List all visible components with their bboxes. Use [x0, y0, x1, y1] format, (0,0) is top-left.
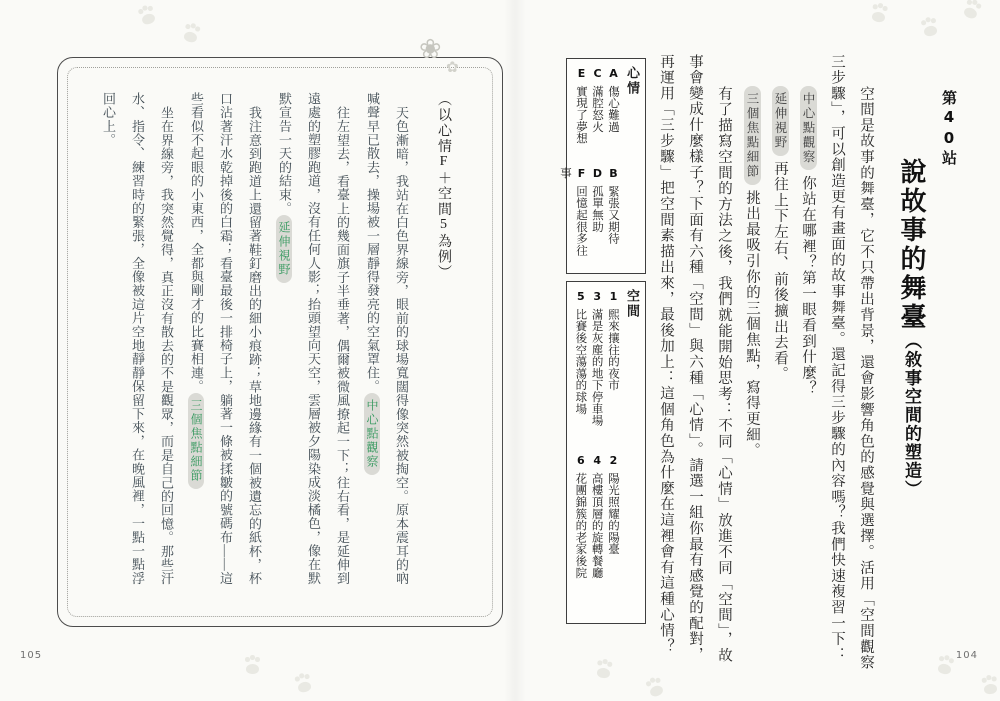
item-text: 實現了夢想	[575, 85, 587, 144]
space-box-grid: 1熙來攘往的夜市 2陽光照耀的陽臺 3滿是灰塵的地下停車場 4高樓頂層的旋轉餐廳…	[572, 290, 621, 617]
example-header: （以心情F＋空間5為例）	[432, 92, 454, 588]
item-key: 4	[591, 454, 604, 467]
item-text: 孤單無助	[591, 185, 603, 232]
page-title: 說故事的舞臺（敘事空間的塑造）	[894, 54, 928, 672]
observation-step: 三個焦點細節挑出最吸引你的三個焦點，寫得更細。	[738, 54, 766, 672]
page-title-sub: （敘事空間的塑造）	[901, 332, 921, 499]
flower-icon: ✿	[446, 60, 459, 75]
page-number-right: 104	[956, 650, 978, 661]
item-key: D	[591, 167, 604, 180]
observation-step: 中心點觀察你站在哪裡？第一眼看到什麼？	[794, 54, 822, 672]
paw-print-icon	[649, 684, 665, 698]
chapter-heading: 第40站 說故事的舞臺（敘事空間的塑造）	[894, 54, 960, 672]
item-key: B	[607, 167, 620, 180]
list-item: 2陽光照耀的陽臺	[605, 454, 621, 618]
list-item: 6花團錦簇的老家後院	[572, 454, 588, 618]
page-title-main: 說故事的舞臺	[896, 158, 926, 332]
mood-box-header: 心情	[622, 66, 641, 96]
flower-icon: ❀	[419, 36, 442, 63]
list-item: 4高樓頂層的旋轉餐廳	[588, 454, 604, 618]
paw-print-icon	[871, 11, 886, 23]
list-item: F回憶起很多往事	[557, 167, 589, 267]
step-text: 你站在哪裡？第一眼看到什麼？	[800, 175, 816, 396]
item-key: 1	[607, 290, 620, 303]
item-text: 滿腔怒火	[591, 85, 603, 132]
example-paragraph: 坐在界線旁，我突然覺得，真正沒有散去的不是觀眾，而是自己的回憶。那些汗水、指令、…	[94, 92, 181, 588]
list-item: D孤單無助	[589, 167, 605, 267]
paragraph-text: 天色漸暗，我站在白色界線旁，眼前的球場寬闊得像突然被掏空。原本震耳的吶喊聲早已散…	[365, 92, 409, 586]
list-item: B緊張又期待	[605, 167, 621, 267]
list-item: 5比賽後空蕩蕩的球場	[572, 290, 588, 454]
page-number-left: 105	[20, 650, 42, 661]
step-text: 再往上下左右、前後擴出去看。	[772, 161, 788, 382]
paw-print-icon	[297, 681, 312, 694]
example-paragraph: 天色漸暗，我站在白色界線旁，眼前的球場寬闊得像突然被掏空。原本震耳的吶喊聲早已散…	[357, 92, 416, 588]
item-key: 3	[591, 290, 604, 303]
mood-box: 心情 A傷心難過 B緊張又期待 C滿腔怒火 D孤單無助 E實現了夢想 F回憶起很…	[566, 58, 646, 274]
book-spread: 第40站 說故事的舞臺（敘事空間的塑造） 空間是故事的舞臺，它不只帶出背景，還會…	[0, 0, 1000, 701]
step-label-badge: 延伸視野	[276, 215, 292, 283]
page-gutter-shadow	[504, 0, 526, 701]
list-item: 3滿是灰塵的地下停車場	[588, 290, 604, 454]
item-key: E	[575, 67, 588, 80]
observation-step: 延伸視野再往上下左右、前後擴出去看。	[766, 54, 794, 672]
list-item: 1熙來攘往的夜市	[605, 290, 621, 454]
step-label-badge: 中心點觀察	[800, 86, 817, 171]
item-text: 花團錦簇的老家後院	[574, 472, 586, 578]
mood-box-grid: A傷心難過 B緊張又期待 C滿腔怒火 D孤單無助 E實現了夢想 F回憶起很多往事	[572, 67, 621, 267]
step-label-badge: 三個焦點細節	[744, 86, 761, 185]
list-item: A傷心難過	[605, 67, 621, 167]
right-page-text-flow: 第40站 說故事的舞臺（敘事空間的塑造） 空間是故事的舞臺，它不只帶出背景，還會…	[622, 54, 960, 672]
step-label-badge: 中心點觀察	[364, 393, 380, 475]
space-box: 空間 1熙來攘往的夜市 2陽光照耀的陽臺 3滿是灰塵的地下停車場 4高樓頂層的旋…	[566, 281, 646, 624]
list-item: C滿腔怒火	[589, 67, 605, 167]
item-key: 6	[574, 454, 587, 467]
paw-print-icon	[983, 683, 997, 695]
intro-paragraph: 空間是故事的舞臺，它不只帶出背景，還會影響角色的感覺與選擇。活用「空間觀察三步驟…	[822, 54, 880, 672]
example-paragraph: 往左望去，看臺上的幾面旗子半垂著，偶爾被微風撩起一下；往右看，是延伸到遠處的塑膠…	[269, 92, 357, 588]
item-text: 緊張又期待	[607, 185, 619, 244]
example-paragraph: 我注意到跑道上還留著鞋釘磨出的細小痕跡；草地邊緣有一個被遺忘的紙杯，杯口沾著汗水…	[181, 92, 269, 588]
paw-print-icon	[963, 6, 979, 20]
step-label-badge: 延伸視野	[772, 86, 789, 156]
space-box-header: 空間	[622, 289, 641, 319]
example-writing-box: （以心情F＋空間5為例） 天色漸暗，我站在白色界線旁，眼前的球場寬闊得像突然被掏…	[57, 57, 503, 627]
list-item: E實現了夢想	[557, 67, 589, 167]
paw-print-icon	[183, 31, 198, 44]
paw-print-icon	[141, 12, 156, 26]
item-key: A	[607, 67, 620, 80]
item-key: 2	[607, 454, 620, 467]
item-text: 滿是灰塵的地下停車場	[591, 308, 603, 426]
example-text-flow: （以心情F＋空間5為例） 天色漸暗，我站在白色界線旁，眼前的球場寬闊得像突然被掏…	[84, 92, 454, 588]
item-key: C	[591, 67, 604, 80]
paw-print-icon	[596, 667, 610, 679]
paragraph-text: 往左望去，看臺上的幾面旗子半垂著，偶爾被微風撩起一下；往右看，是延伸到遠處的塑膠…	[277, 92, 350, 586]
paragraph-text: 坐在界線旁，我突然覺得，真正沒有散去的不是觀眾，而是自己的回憶。那些汗水、指令、…	[101, 92, 174, 586]
paw-print-icon	[923, 25, 938, 37]
step-label-badge: 三個焦點細節	[188, 393, 204, 489]
step-text: 挑出最吸引你的三個焦點，寫得更細。	[744, 190, 760, 459]
item-text: 熙來攘往的夜市	[607, 308, 619, 391]
item-text: 高樓頂層的旋轉餐廳	[591, 472, 603, 578]
item-text: 比賽後空蕩蕩的球場	[574, 308, 586, 414]
item-key: 5	[574, 290, 587, 303]
item-key: F	[575, 167, 588, 180]
paragraph-text: 我注意到跑道上還留著鞋釘磨出的細小痕跡；草地邊緣有一個被遺忘的紙杯，杯口沾著汗水…	[189, 92, 262, 586]
item-text: 傷心難過	[607, 85, 619, 132]
item-text: 陽光照耀的陽臺	[607, 472, 619, 555]
station-number: 第40站	[938, 54, 960, 672]
paw-print-icon	[246, 664, 259, 674]
exercise-paragraph: 有了描寫空間的方法之後，我們就能開始思考：不同「心情」放進不同「空間」，故事會變…	[651, 54, 738, 672]
item-text: 回憶起很多往事	[559, 167, 587, 256]
